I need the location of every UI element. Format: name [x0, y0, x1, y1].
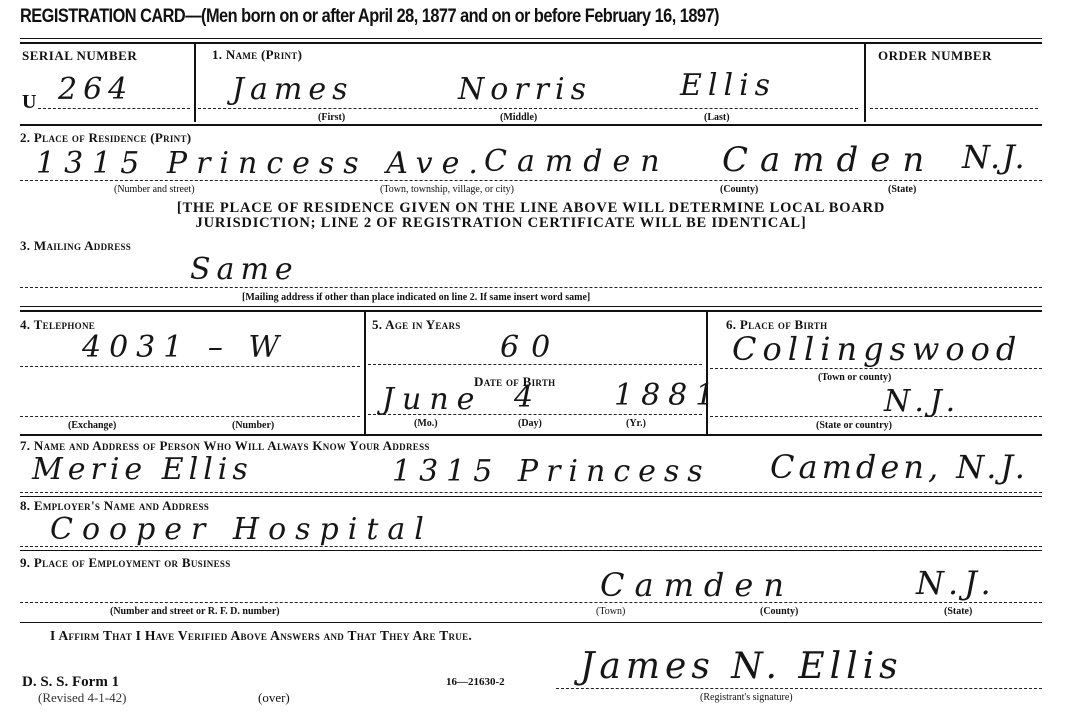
rule	[20, 496, 1042, 497]
employment-town-caption: (Town)	[596, 606, 625, 617]
residence-street-value[interactable]: 1315 Princess Ave.	[36, 146, 487, 181]
birth-state-caption: (State or country)	[816, 420, 892, 431]
residence-note-line-1: [THE PLACE OF RESIDENCE GIVEN ON THE LIN…	[86, 200, 976, 216]
birth-town-caption: (Town or county)	[818, 372, 891, 383]
form-name: D. S. S. Form 1	[22, 674, 119, 691]
serial-line	[38, 108, 190, 109]
rule	[20, 306, 1042, 307]
print-code: 16—21630-2	[446, 676, 505, 688]
registrant-signature[interactable]: James N. Ellis	[580, 646, 903, 687]
birth-day-value[interactable]: 4	[514, 380, 539, 415]
serial-number-value[interactable]: 264	[58, 72, 133, 107]
birth-town-line	[710, 368, 1042, 369]
divider	[864, 44, 866, 122]
exchange-caption: (Exchange)	[68, 420, 116, 431]
age-value[interactable]: 60	[500, 330, 562, 365]
order-number-label: ORDER NUMBER	[878, 48, 992, 64]
mailing-caption: [Mailing address if other than place ind…	[242, 292, 590, 303]
residence-town-value[interactable]: Camden	[484, 144, 670, 179]
contact-city-value[interactable]: Camden, N.J.	[770, 448, 1029, 486]
card-title: REGISTRATION CARD—(Men born on or after …	[20, 6, 719, 28]
contact-name-value[interactable]: Merie Ellis	[32, 452, 253, 487]
birth-month-value[interactable]: June	[382, 382, 482, 417]
month-caption: (Mo.)	[414, 418, 438, 429]
place-of-employment-label: 9. Place of Employment or Business	[20, 555, 231, 571]
rule-top-1	[20, 38, 1042, 39]
contact-line	[20, 492, 1042, 493]
rule	[20, 622, 1042, 623]
birth-town-value[interactable]: Collingswood	[732, 330, 1022, 368]
town-caption: (Town, township, village, or city)	[380, 184, 514, 195]
last-caption: (Last)	[704, 112, 730, 123]
telephone-line-2	[20, 416, 360, 417]
employment-street-caption: (Number and street or R. F. D. number)	[110, 606, 280, 617]
affirmation-text: I Affirm That I Have Verified Above Answ…	[50, 628, 472, 644]
divider	[194, 44, 196, 122]
serial-number-label: SERIAL NUMBER	[22, 48, 137, 64]
form-revised: (Revised 4-1-42)	[38, 690, 126, 706]
county-caption: (County)	[720, 184, 758, 195]
first-name-value[interactable]: James	[232, 72, 354, 107]
name-label: 1. Name (Print)	[212, 47, 302, 63]
mailing-address-value[interactable]: Same	[190, 252, 299, 287]
rule	[20, 550, 1042, 551]
telephone-line	[20, 366, 360, 367]
rule	[20, 124, 1042, 126]
mailing-address-label: 3. Mailing Address	[20, 238, 131, 254]
residence-state-value[interactable]: N.J.	[962, 138, 1027, 176]
rule	[20, 310, 1042, 312]
telephone-value[interactable]: 4031 – W	[82, 330, 287, 365]
birth-state-value[interactable]: N.J.	[884, 384, 961, 419]
employment-county-caption: (County)	[760, 606, 798, 617]
employment-line	[20, 602, 1042, 603]
last-name-value[interactable]: Ellis	[680, 68, 776, 103]
residence-note-line-2: JURISDICTION; LINE 2 OF REGISTRATION CER…	[86, 215, 916, 231]
employment-town-value[interactable]: Camden	[600, 566, 794, 604]
serial-prefix: U	[22, 91, 36, 114]
divider	[364, 312, 366, 434]
rule-top-2	[20, 42, 1042, 44]
age-label: 5. Age in Years	[372, 317, 461, 333]
employment-state-caption: (State)	[944, 606, 972, 617]
state-caption: (State)	[888, 184, 916, 195]
birth-state-line	[710, 416, 1042, 417]
name-line	[198, 108, 858, 109]
signature-line	[556, 688, 1042, 689]
middle-caption: (Middle)	[500, 112, 537, 123]
order-line	[870, 108, 1038, 109]
employer-value[interactable]: Cooper Hospital	[50, 512, 433, 547]
mailing-line	[20, 287, 1042, 288]
year-caption: (Yr.)	[626, 418, 646, 429]
contact-address-value[interactable]: 1315 Princess	[392, 454, 711, 489]
residence-county-value[interactable]: Camden	[722, 140, 936, 180]
day-caption: (Day)	[518, 418, 542, 429]
number-caption: (Number)	[232, 420, 274, 431]
street-caption: (Number and street)	[114, 184, 195, 195]
over-note: (over)	[258, 690, 290, 706]
middle-name-value[interactable]: Norris	[458, 72, 592, 107]
rule	[20, 434, 1042, 436]
divider	[706, 312, 708, 434]
residence-label: 2. Place of Residence (Print)	[20, 130, 191, 146]
signature-caption: (Registrant's signature)	[700, 692, 793, 703]
birth-year-value[interactable]: 1881	[614, 378, 722, 413]
employment-state-value[interactable]: N.J.	[916, 564, 997, 602]
first-caption: (First)	[318, 112, 345, 123]
